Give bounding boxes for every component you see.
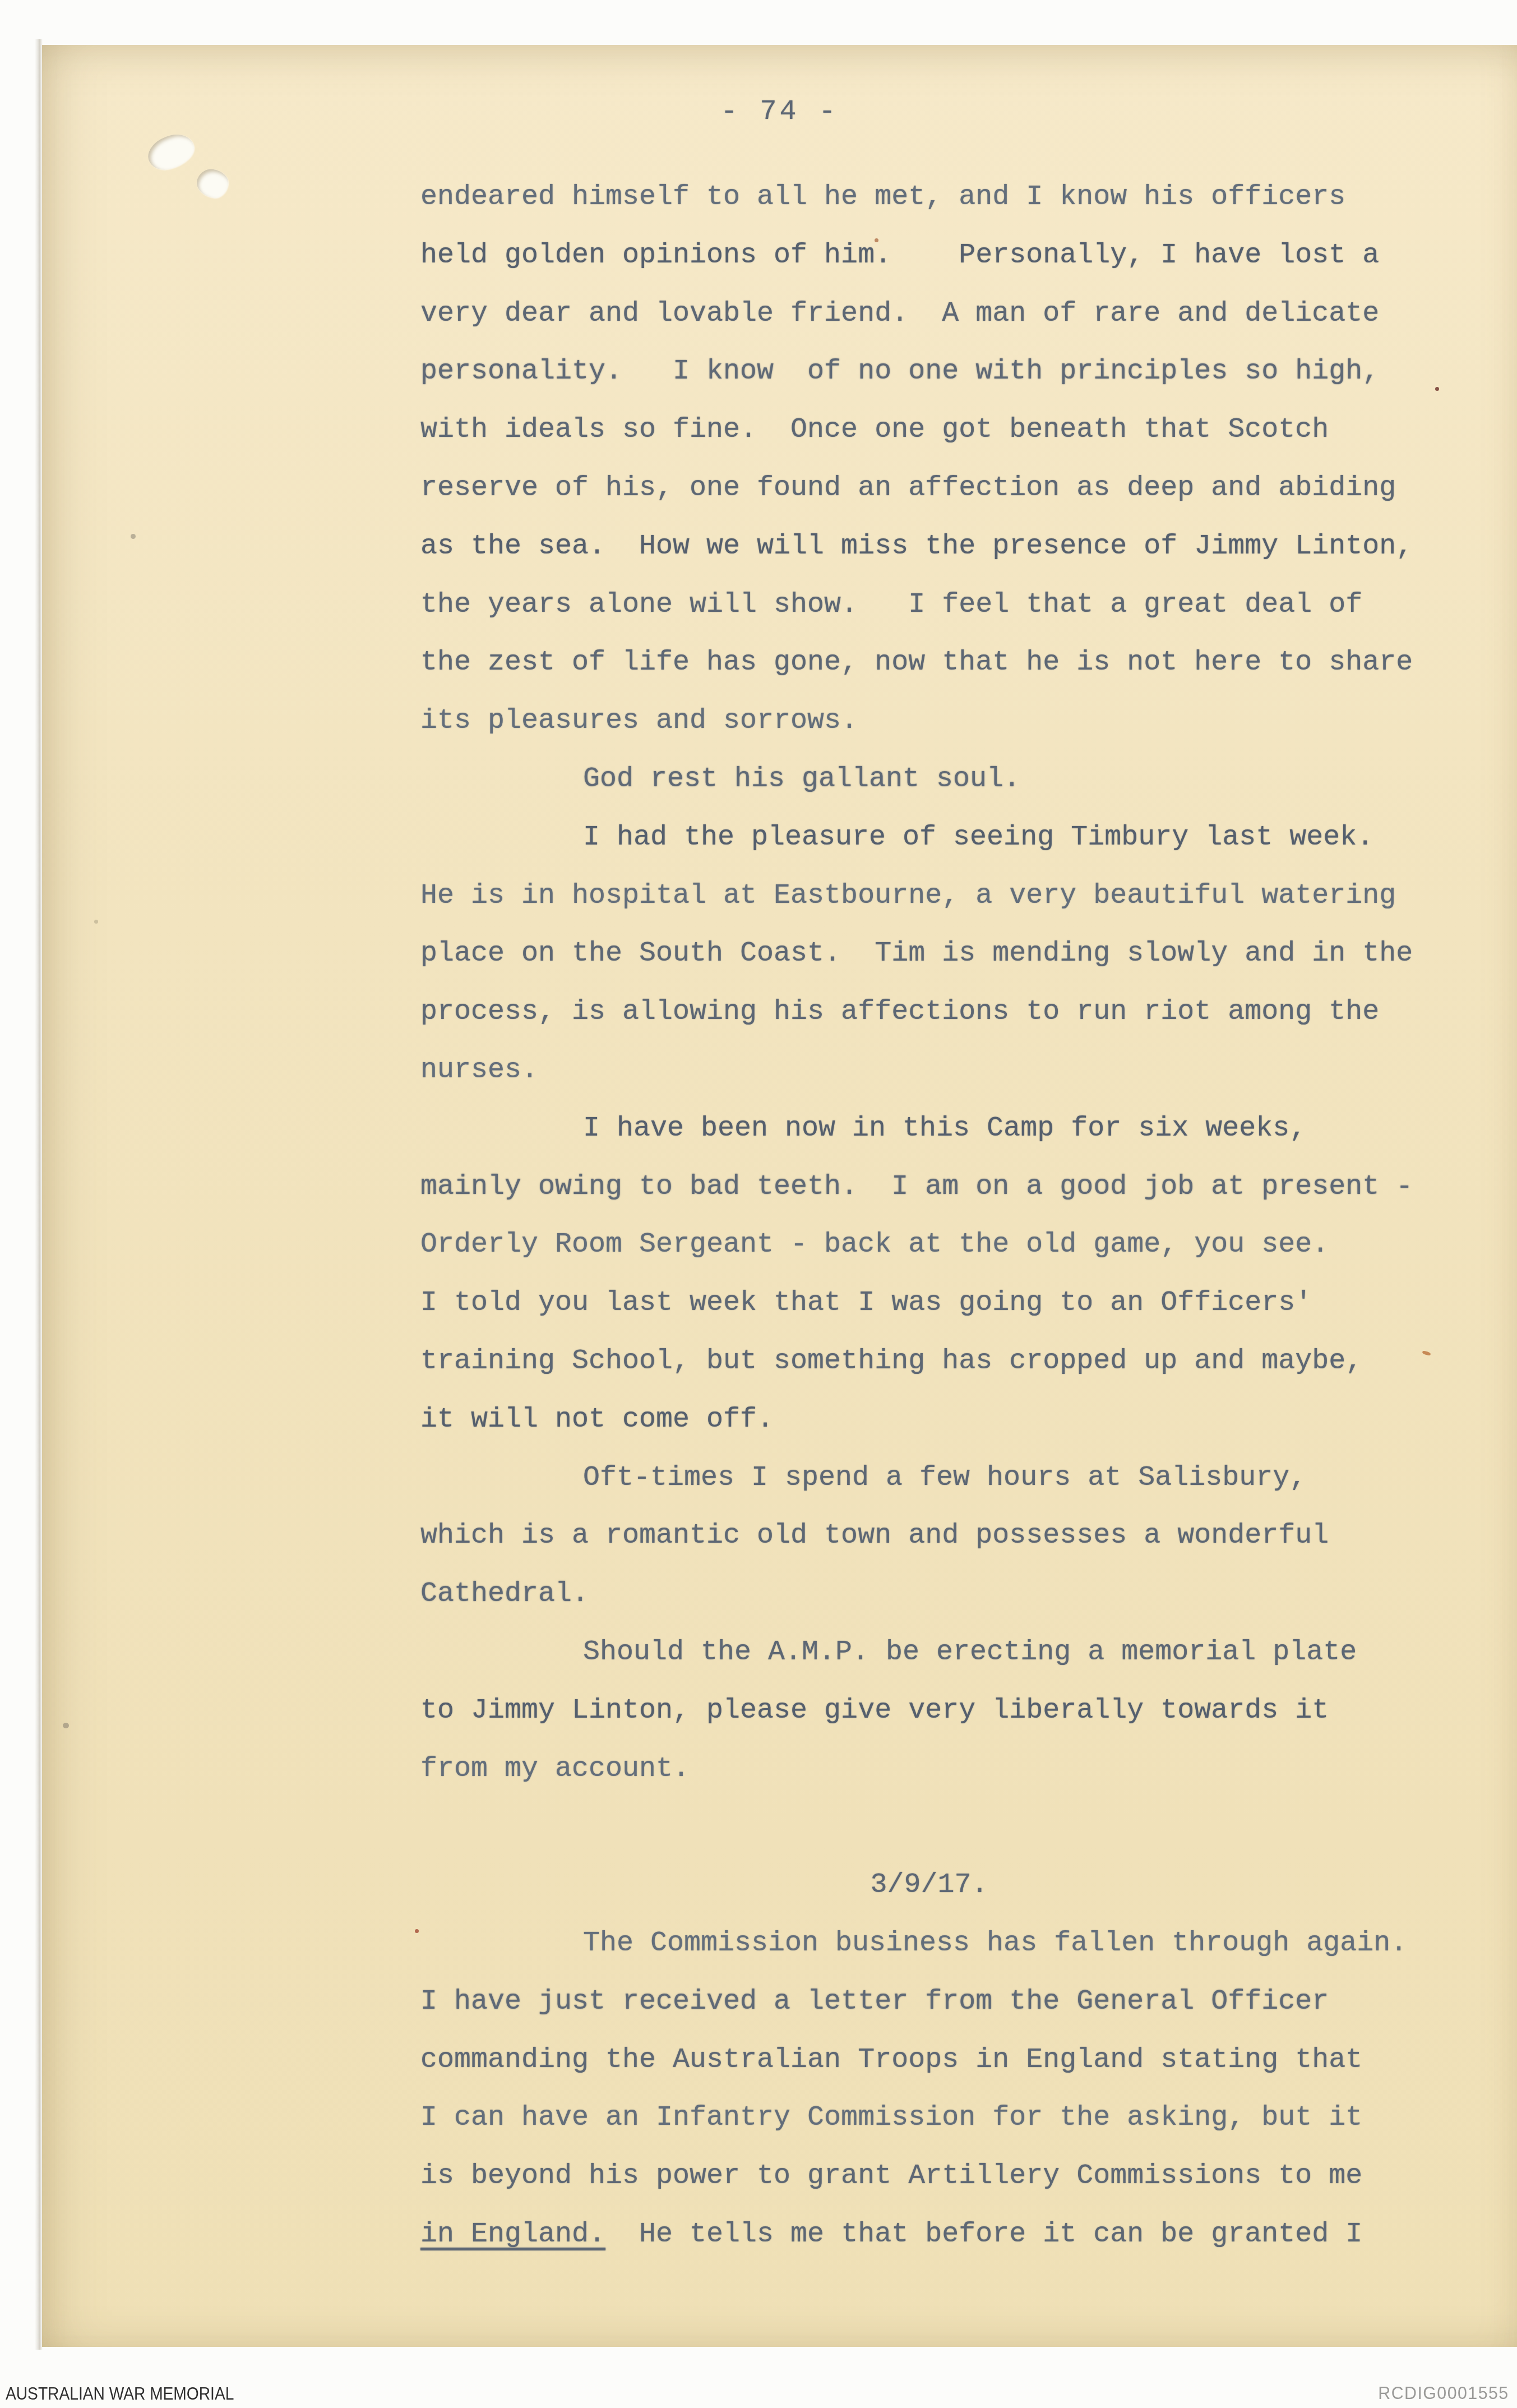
typed-line: the zest of life has gone, now that he i… (420, 634, 1438, 692)
typed-line: process, is allowing his affections to r… (420, 983, 1438, 1041)
typed-line: Should the A.M.P. be erecting a memorial… (420, 1623, 1438, 1682)
typed-line: as the sea. How we will miss the presenc… (420, 518, 1438, 576)
paper-speck (415, 1929, 419, 1933)
paper-hole (195, 167, 230, 200)
underlined-text: in England. (420, 2218, 605, 2250)
item-id: RCDIG0001555 (1379, 2383, 1509, 2404)
typed-line: is beyond his power to grant Artillery C… (420, 2147, 1438, 2206)
page-number: - 74 - (42, 96, 1517, 128)
typed-line: He is in hospital at Eastbourne, a very … (420, 867, 1438, 925)
typed-line: I can have an Infantry Commission for th… (420, 2089, 1438, 2147)
paper-hole (144, 131, 198, 174)
typed-line: to Jimmy Linton, please give very libera… (420, 1682, 1438, 1740)
typed-line: the years alone will show. I feel that a… (420, 576, 1438, 634)
archive-watermark: AUSTRALIAN WAR MEMORIAL (6, 2383, 234, 2404)
typed-line: with ideals so fine. Once one got beneat… (420, 401, 1438, 459)
typed-line: very dear and lovable friend. A man of r… (420, 285, 1438, 343)
paper-sheet: - 74 - endeared himself to all he met, a… (42, 45, 1517, 2347)
typed-line: nurses. (420, 1041, 1438, 1100)
typed-line: place on the South Coast. Tim is mending… (420, 925, 1438, 983)
paper-torn-edge (35, 39, 43, 2350)
scan-background: - 74 - endeared himself to all he met, a… (0, 0, 1517, 2408)
typed-line: its pleasures and sorrows. (420, 692, 1438, 750)
typed-line: I have just received a letter from the G… (420, 1973, 1438, 2031)
paper-speck (131, 534, 136, 539)
typed-line: held golden opinions of him. Personally,… (420, 227, 1438, 285)
typed-line: I had the pleasure of seeing Timbury las… (420, 809, 1438, 867)
typed-line: Orderly Room Sergeant - back at the old … (420, 1216, 1438, 1274)
typed-line: I have been now in this Camp for six wee… (420, 1100, 1438, 1158)
typed-line: it will not come off. (420, 1391, 1438, 1449)
typed-line: Oft-times I spend a few hours at Salisbu… (420, 1449, 1438, 1507)
typed-line: commanding the Australian Troops in Engl… (420, 2031, 1438, 2089)
typed-text-block: endeared himself to all he met, and I kn… (420, 168, 1438, 2264)
date-heading: 3/9/17. (420, 1856, 1438, 1915)
typed-text: He tells me that before it can be grante… (605, 2218, 1362, 2250)
typed-line: mainly owing to bad teeth. I am on a goo… (420, 1158, 1438, 1216)
blank-line (420, 1798, 1438, 1856)
typed-line: endeared himself to all he met, and I kn… (420, 168, 1438, 227)
typed-line: God rest his gallant soul. (420, 750, 1438, 809)
paper-speck (94, 920, 98, 924)
typed-line: I told you last week that I was going to… (420, 1274, 1438, 1332)
typed-line: The Commission business has fallen throu… (420, 1915, 1438, 1973)
paper-speck (63, 1723, 69, 1728)
typed-line: which is a romantic old town and possess… (420, 1507, 1438, 1565)
typed-line: in England. He tells me that before it c… (420, 2206, 1438, 2264)
typed-line: personality. I know of no one with princ… (420, 343, 1438, 401)
typed-line: training School, but something has cropp… (420, 1332, 1438, 1391)
typed-line: Cathedral. (420, 1565, 1438, 1623)
typed-line: reserve of his, one found an affection a… (420, 459, 1438, 518)
typed-line: from my account. (420, 1740, 1438, 1798)
